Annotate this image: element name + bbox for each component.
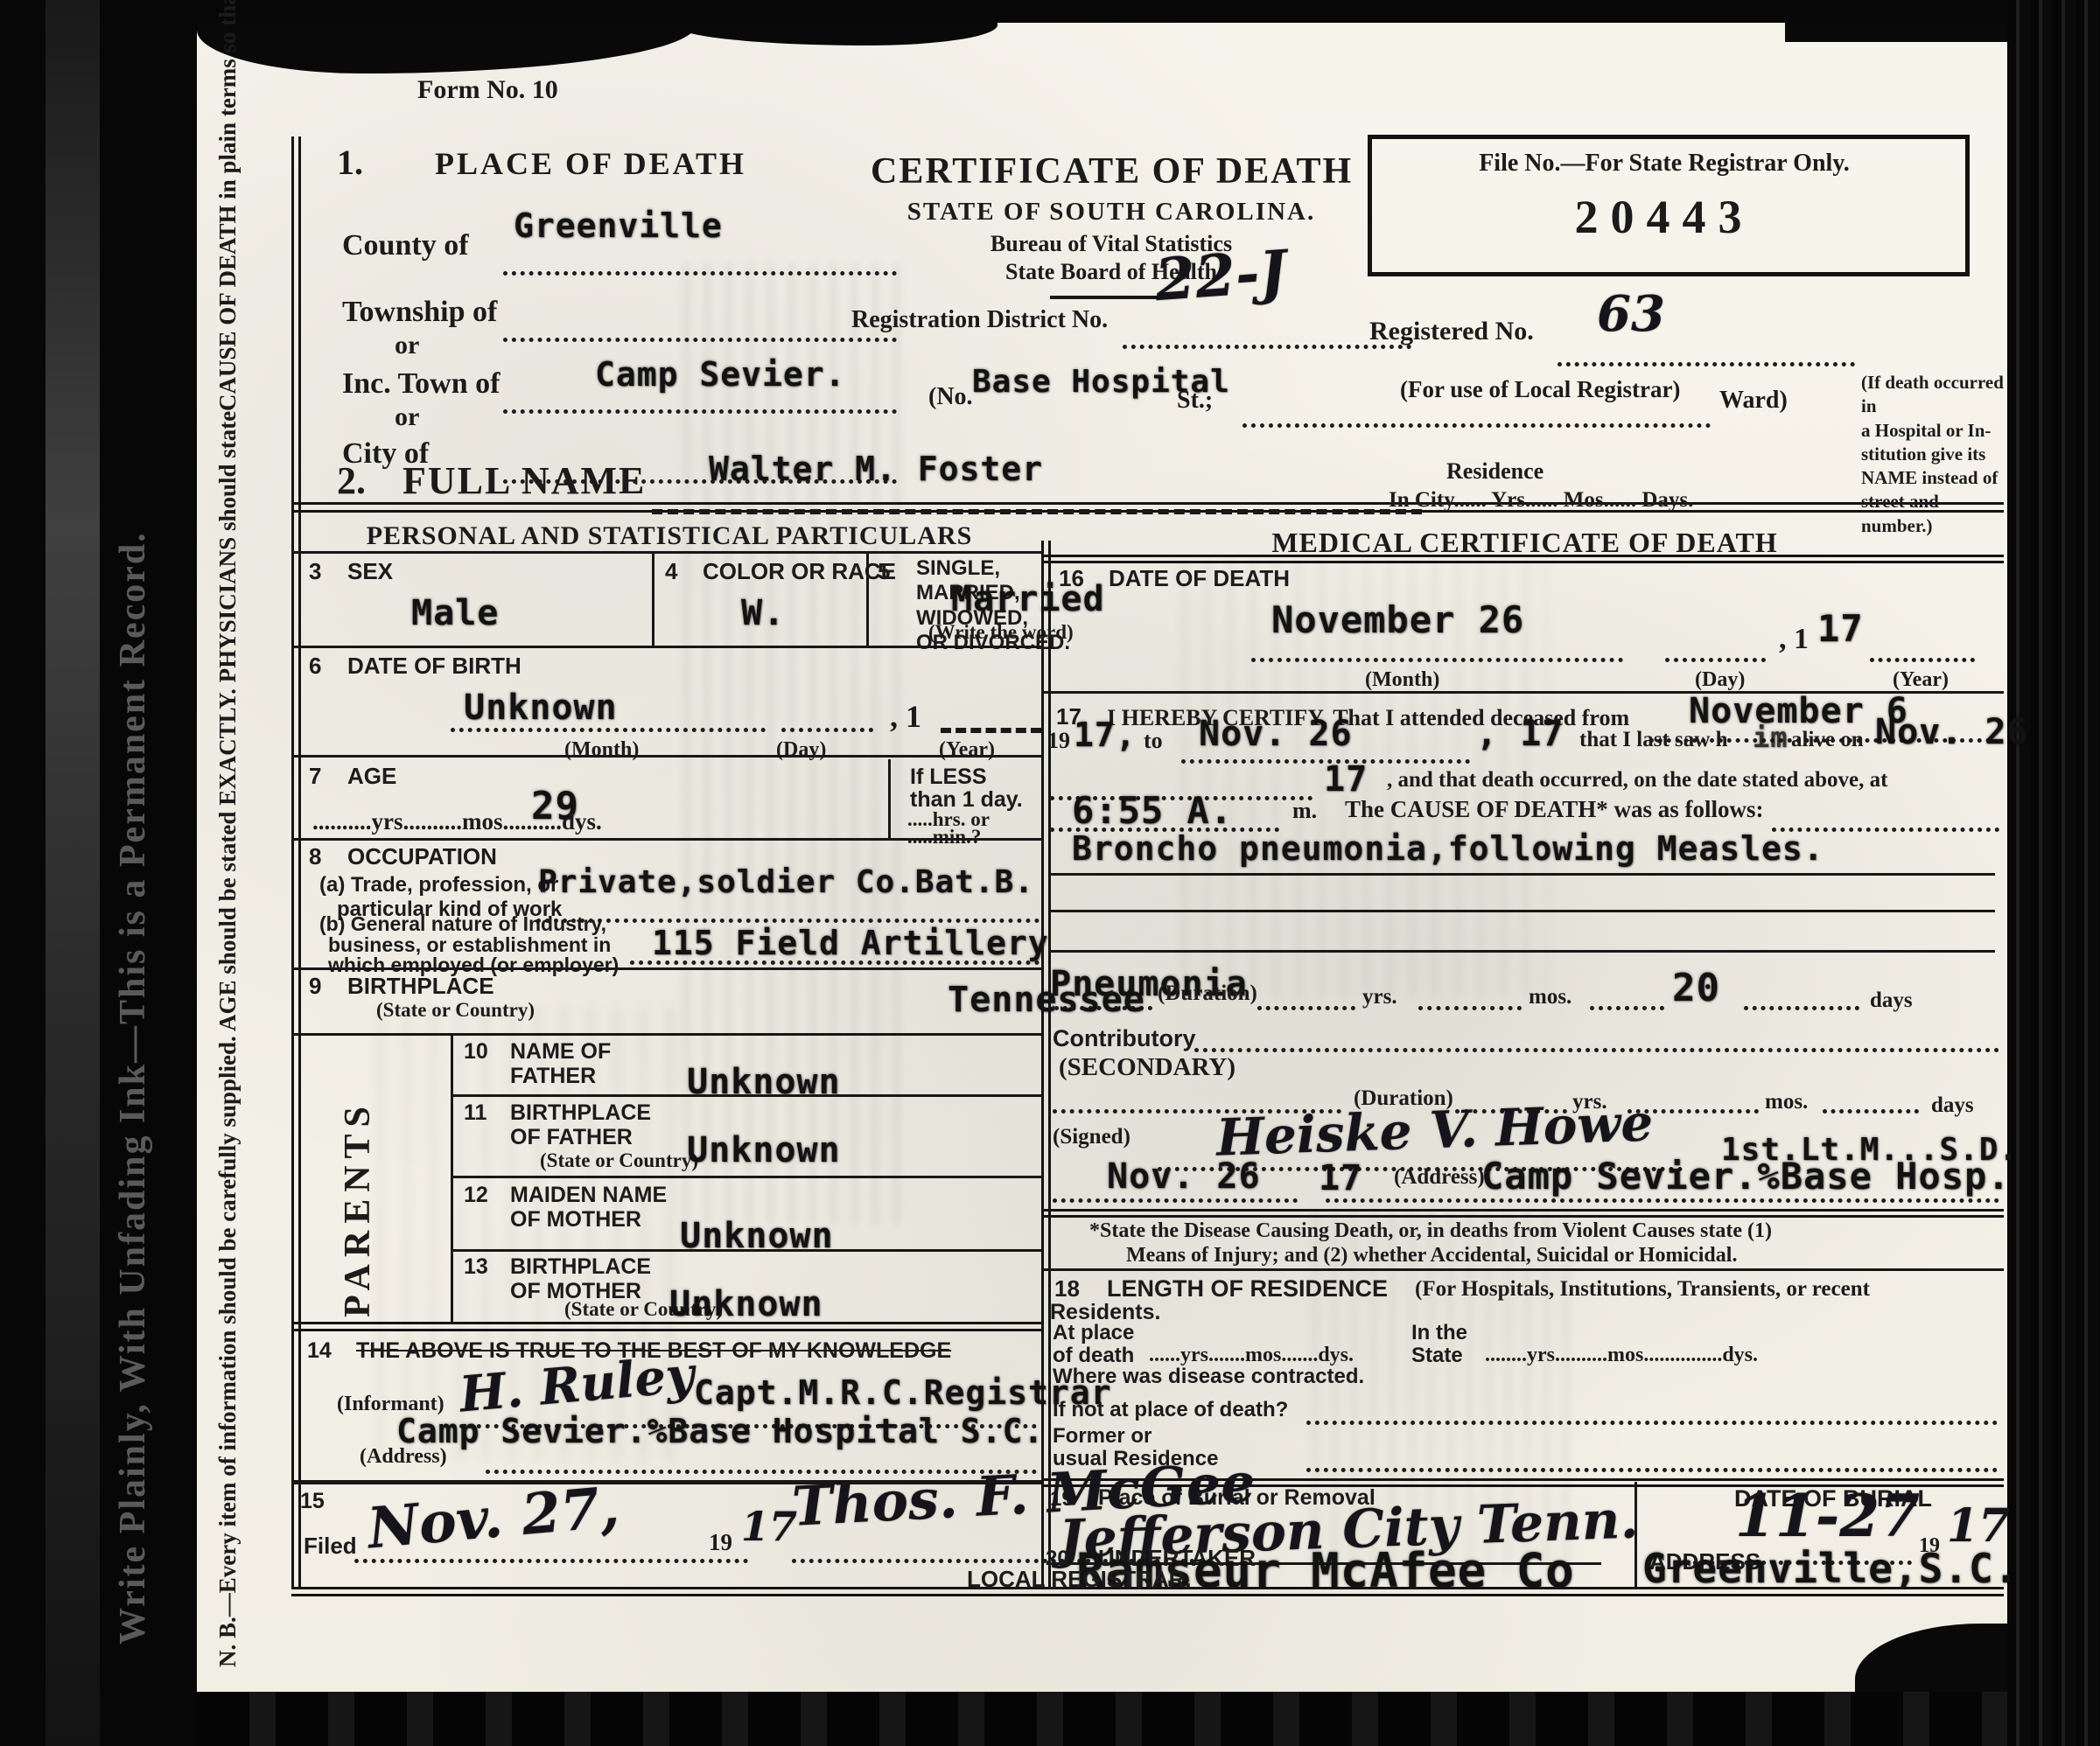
duration-mos-value: 20 [1672,966,1720,1010]
form-number: Form No. 10 [417,75,558,105]
father-birthplace-sub: (State or Country) [540,1149,698,1172]
rule-under-medical-title [1044,555,2004,563]
duration-dotted-e [1744,1006,1859,1010]
occupation-a-dotted [536,918,1039,923]
duration-dotted-d [1590,1006,1664,1010]
township-dotted-line [503,338,897,342]
color-marital-divider [866,554,869,646]
local-registrar-use-note: (For use of Local Registrar) [1400,376,1680,403]
dob-value: Unknown [464,688,618,728]
color-value: W. [741,593,785,633]
file-number-box: File No.—For State Registrar Only. 20443 [1368,135,1970,276]
cause-of-death-value: Broncho pneumonia,following Measles. [1072,829,1824,868]
blank-line-2 [1050,950,1995,953]
margin-note-line1: N. B.—Every item of information should b… [214,411,241,1667]
knowledge-number: 14 [307,1338,332,1364]
street-dotted-line [1242,423,1711,428]
occupation-label: OCCUPATION [347,843,497,870]
or-label-1: or [395,331,419,360]
residence-units-line: In City...... Yrs...... Mos...... Days. [1389,488,1693,513]
mother-birthplace-value: Unknown [669,1284,823,1324]
rule-under-mother-name [451,1249,1041,1252]
signed-address-dotted [1326,1198,1999,1203]
signed-address-value: Camp Sevier.%Base Hosp. [1481,1155,2011,1198]
duration-dotted-b [1257,1006,1355,1010]
duration-yrs: yrs. [1362,985,1397,1009]
registered-no-value: 63 [1597,285,1665,343]
local-registrar-label: LOCAL REGISTRAR. [967,1566,1192,1593]
date-of-death-label: DATE OF DEATH [1109,565,1290,592]
birthplace-number: 9 [309,973,321,1000]
death-month-dotted [1251,658,1623,662]
occupation-a-value: Private,soldier Co.Bat.B. [538,864,1034,900]
rule-under-signed [1044,1209,2004,1218]
informant-address-value: Camp Sevier.%Base Hospital S.C. [396,1412,1044,1450]
dob-day-dotted [781,728,873,732]
dob-month-dotted [451,728,766,732]
township-label: Township of [342,296,497,329]
time-of-death-value: 6:55 A. [1072,789,1233,832]
marital-value: Married [951,579,1105,619]
residence-label: Residence [1446,458,1543,485]
dob-number: 6 [309,653,321,680]
cause-of-death-label: The CAUSE OF DEATH* was as follows: [1345,796,1764,823]
inc-town-value: Camp Sevier. [595,355,846,394]
duration-dotted-c [1418,1006,1522,1010]
in-state-units: ........yrs..........mos...............d… [1485,1344,1758,1367]
rule-under-occupation [291,967,1041,970]
death-day-dotted [1665,658,1766,662]
full-name-value: Walter M. Foster [709,450,1043,488]
form-left-double-rule [291,136,301,1587]
undertaker-address-value: Greenville,S.C. [1642,1545,2019,1592]
scan-right-edge-texture [2007,0,2100,1746]
father-birthplace-number: 11 [464,1100,486,1126]
occupation-number: 8 [309,843,321,870]
dob-day-caption: (Day) [776,738,826,762]
age-subbox-divider [888,759,891,838]
color-number: 4 [665,558,677,585]
filed-number: 15 [300,1489,325,1514]
scan-bottom-edge-texture [197,1692,2007,1746]
birthplace-sub-label: (State or Country) [376,999,535,1022]
duration2-dotted-d [1823,1109,1919,1114]
filed-year-script: 17 [741,1503,797,1550]
mother-birthplace-number: 13 [464,1254,488,1280]
rule-under-left-title [291,551,1041,554]
or-label-2: or [395,402,419,432]
double-rule-under-parents [291,1322,1041,1331]
sex-number: 3 [309,558,321,585]
section2-number: 2. [337,458,366,503]
mother-name-label1: MAIDEN NAME [510,1183,667,1208]
full-name-dashed-line [652,509,1422,514]
personal-particulars-title: PERSONAL AND STATISTICAL PARTICULARS [306,521,1032,551]
street-no-paren-label: (No. [928,383,973,411]
last-saw-him: im [1753,721,1788,754]
last-saw-label: that I last saw h [1579,728,1727,752]
death-year-dotted [1870,658,1975,662]
rule-under-father-birthplace [451,1176,1041,1178]
duration2-mos: mos. [1765,1090,1808,1114]
county-value: Greenville [514,206,723,245]
filed-label: Filed [304,1533,357,1560]
certify-year1-prefix: 19 [1047,728,1070,754]
informant-title-value: Capt.M.R.C.Registrar [694,1373,1112,1412]
contributory-dotted [1194,1048,1999,1052]
margin-note-line2: CAUSE OF DEATH in plain terms so that it… [214,0,241,411]
alive-on-label: alive on [1791,728,1864,752]
certify-to-label: to [1144,728,1163,754]
at-place-units: ......yrs.......mos.......dys. [1149,1344,1354,1367]
date-of-death-value: November 26 [1271,598,1524,641]
death-year-caption: (Year) [1893,668,1949,692]
father-birthplace-label1: BIRTHPLACE [510,1100,651,1126]
hospital-note-line3: stitution give its [1861,443,1985,464]
county-label: County of [342,229,469,262]
hospital-note-line1: (If death occurred in [1861,372,2004,416]
dob-year-prefix: , 1 [890,698,921,735]
age-units-line: ..........yrs..........mos..........dys. [312,808,602,835]
marital-number: 5 [878,558,890,585]
registered-no-label: Registered No. [1369,317,1534,346]
contributory-label: Contributory [1053,1025,1195,1052]
margin-permanent-record-note: Write Plainly, With Unfading Ink—This is… [112,105,154,1645]
registered-no-dotted [1557,362,1855,367]
at-place-label: At place [1053,1321,1134,1345]
inc-town-dotted-line [503,409,897,414]
burial-date-value: 11-27 [1735,1482,1920,1550]
birthplace-value: Tennessee [948,980,1145,1020]
father-birthplace-value: Unknown [687,1130,841,1170]
blank-line-1 [1050,910,1995,912]
signed-date-value: Nov. 26 [1107,1156,1261,1197]
if-less-line1: If LESS [910,765,987,790]
death-month-caption: (Month) [1365,668,1439,692]
father-name-number: 10 [464,1039,488,1065]
rule-under-birthplace [291,1033,1041,1036]
residence-length-number: 18 [1054,1275,1080,1303]
signed-date-dotted [1053,1198,1298,1203]
rule-under-father-name [451,1094,1041,1097]
father-birthplace-label2: OF FATHER [510,1125,633,1150]
mother-name-number: 12 [464,1183,488,1208]
street-label: St.; [1177,387,1213,415]
informant-address-label: (Address) [360,1445,447,1469]
margin-notes: N. B.—Every item of information should b… [209,101,241,1667]
dob-month-caption: (Month) [564,738,639,762]
ward-label: Ward) [1719,387,1788,415]
alive-on-value: Nov. 26 [1875,712,2029,752]
father-name-label1: NAME OF [510,1039,611,1065]
dob-year-caption: (Year) [939,738,995,762]
rule-under-footnote [1044,1268,2004,1271]
hospital-note-line2: a Hospital or In- [1861,420,1991,441]
time-m-label: m. [1292,798,1317,824]
file-box-label: File No.—For State Registrar Only. [1372,150,1956,178]
occupation-b-value: 115 Field Artillery [652,924,1049,962]
section1-title: PLACE OF DEATH [435,145,746,182]
line3-year-value: 17 [1324,759,1368,800]
residence-length-label: LENGTH OF RESIDENCE [1107,1275,1388,1303]
filed-date-script: Nov. 27, [365,1475,621,1562]
duration-mos: mos. [1529,985,1571,1009]
duration-label: (Duration) [1158,981,1257,1006]
birthplace-label: BIRTHPLACE [347,973,494,1000]
rule-under-age [291,838,1041,841]
occupation-b-label1: (b) General nature of Industry, [319,912,606,936]
signed-label: (Signed) [1053,1125,1130,1149]
former-label: Former or [1053,1424,1151,1449]
sex-label: SEX [347,558,393,585]
filed-year-prefix: 19 [709,1529,732,1556]
sex-color-divider [652,554,654,646]
hospital-note: (If death occurred in a Hospital or In- … [1861,371,2014,538]
cause-footnote-line1: *State the Disease Causing Death, or, in… [1089,1219,1772,1243]
scan-left-gray-strip [45,0,100,1746]
rule-under-dob [291,755,1041,758]
rule-under-sex-row [291,646,1041,648]
signed-address-label: (Address) [1394,1165,1485,1190]
certify-year1-value: 17, [1074,716,1137,754]
signed-year-value: 17 [1319,1158,1362,1198]
section2-title: FULL NAME [402,458,646,503]
filed-dotted [354,1559,748,1563]
county-dotted-line [503,271,897,276]
state-line: STATE OF SOUTH CAROLINA. [871,198,1352,227]
certificate-title: CERTIFICATE OF DEATH [871,150,1352,192]
file-number-stamp: 20443 [1372,190,1956,244]
form-layer: N. B.—Every item of information should b… [197,23,2007,1692]
if-not-dotted [1306,1421,1998,1425]
sex-value: Male [411,593,499,633]
mother-birthplace-label1: BIRTHPLACE [510,1254,651,1280]
certify-to-year: , 17 [1476,714,1564,754]
death-year-value: 17 [1817,607,1864,650]
inc-town-label: Inc. Town of [342,367,500,401]
duration-days: days [1870,988,1913,1013]
cause-footnote-line2: Means of Injury; and (2) whether Acciden… [1126,1244,1737,1268]
registration-district-dotted [1123,345,1411,349]
duration2-days: days [1931,1093,1974,1118]
father-name-label2: FATHER [510,1064,596,1089]
dob-label: DATE OF BIRTH [347,653,521,680]
dob-year-dashed [941,728,1041,733]
age-number: 7 [309,763,321,790]
section1-number: 1. [337,142,363,183]
state-label: State [1411,1344,1463,1368]
death-year-prefix: , 1 [1779,623,1809,656]
mother-name-label2: OF MOTHER [510,1207,641,1233]
usual-residence-dotted [1306,1468,1998,1472]
secondary-label: (SECONDARY) [1059,1053,1235,1082]
certify-to-value: Nov. 26 [1199,714,1353,754]
cause-underline [1050,873,1995,876]
in-the-label: In the [1411,1321,1467,1345]
death-day-caption: (Day) [1695,668,1745,692]
death-occurred-text: , and that death occurred, on the date s… [1387,768,1887,793]
marital-write-word-note: (Write the word) [928,621,1074,644]
hospital-note-line4: NAME instead of [1861,467,1998,488]
parents-vertical-label: PARENTS [337,1107,379,1317]
occupation-a-label1: (a) Trade, profession, or [319,873,558,897]
occupation-b-dotted [630,960,1039,965]
if-less-min: .....min.? [907,826,981,849]
registration-district-value: 22-J [1152,237,1289,314]
board-underline [1050,296,1172,299]
registration-district-label: Registration District No. [851,306,1108,334]
residence-length-paren: (For Hospitals, Institutions, Transients… [1415,1277,1870,1302]
age-label: AGE [347,763,396,790]
scanned-death-certificate: { "margin": { "permanent": "Write Plainl… [0,0,2100,1746]
